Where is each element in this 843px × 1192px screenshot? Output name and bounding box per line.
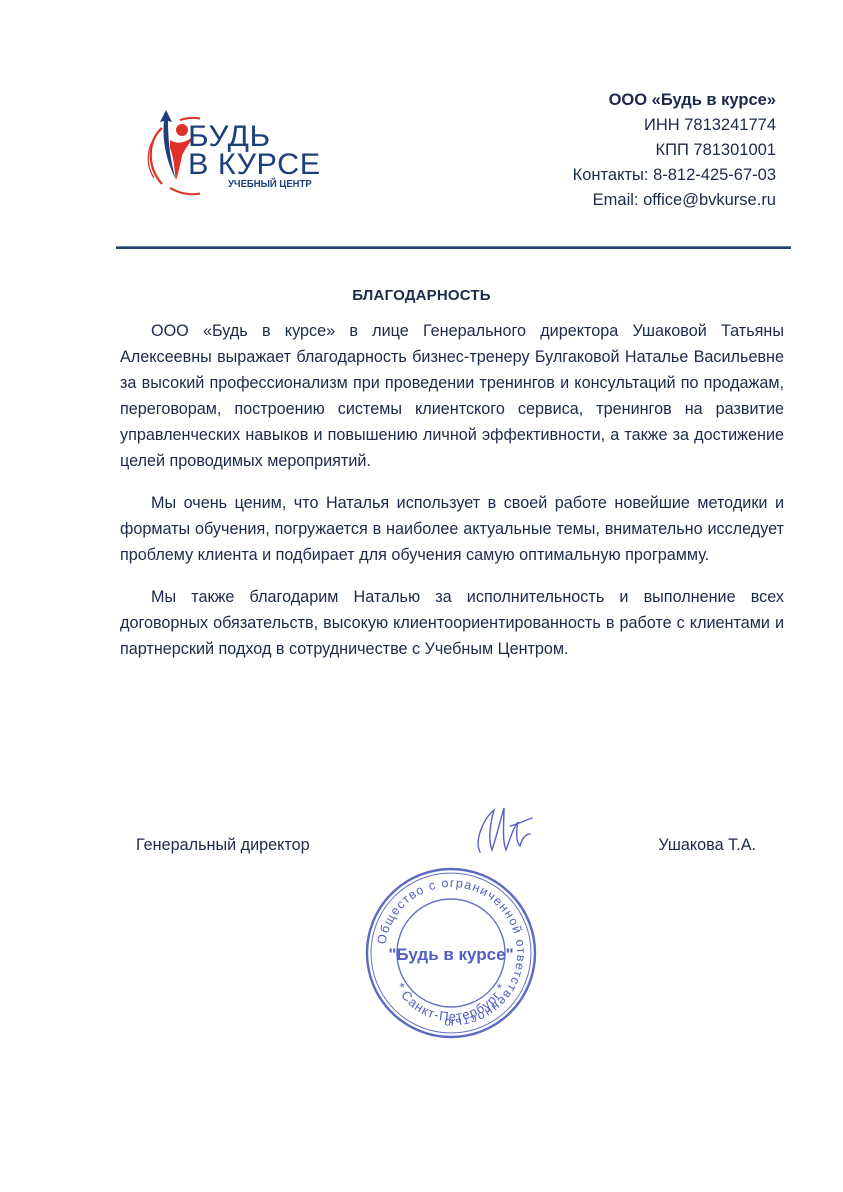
paragraph-1: ООО «Будь в курсе» в лице Генерального д… <box>120 318 784 474</box>
signer-role: Генеральный директор <box>136 836 310 855</box>
paragraph-3: Мы также благодарим Наталью за исполните… <box>120 584 784 662</box>
signer-name: Ушакова Т.А. <box>658 836 756 855</box>
company-logo: БУДЬ В КУРСЕ УЧЕБНЫЙ ЦЕНТР <box>140 100 340 200</box>
document-body: ООО «Будь в курсе» в лице Генерального д… <box>120 318 784 678</box>
company-name: ООО «Будь в курсе» <box>573 88 776 113</box>
company-kpp: КПП 781301001 <box>573 138 776 163</box>
company-stamp: Общество с ограниченной ответственностью… <box>363 863 539 1043</box>
logo-text-line2: В КУРСЕ <box>188 150 321 180</box>
handwritten-signature <box>470 800 550 860</box>
stamp-center-text: "Будь в курсе" <box>388 945 513 964</box>
paragraph-2: Мы очень ценим, что Наталья использует в… <box>120 490 784 568</box>
company-email: Email: office@bvkurse.ru <box>573 188 776 213</box>
company-inn: ИНН 7813241774 <box>573 113 776 138</box>
company-requisites: ООО «Будь в курсе» ИНН 7813241774 КПП 78… <box>573 88 776 213</box>
header-divider <box>116 246 791 249</box>
document-title: БЛАГОДАРНОСТЬ <box>0 287 843 304</box>
company-contacts: Контакты: 8-812-425-67-03 <box>573 163 776 188</box>
logo-subtitle: УЧЕБНЫЙ ЦЕНТР <box>228 179 312 190</box>
